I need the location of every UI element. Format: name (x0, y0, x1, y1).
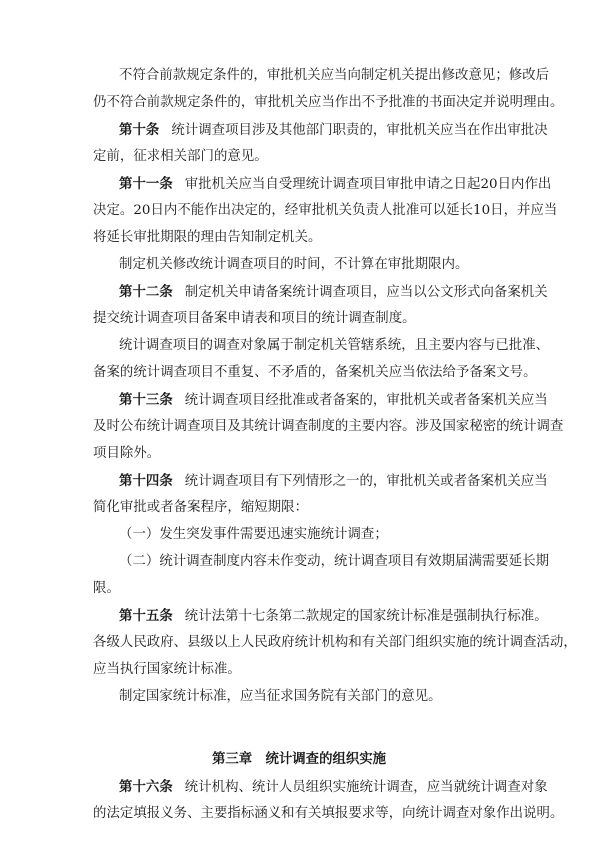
paragraph-line: 限。 (93, 579, 120, 599)
article-number: 第十二条 (119, 284, 173, 300)
paragraph-line: 统计调查项目的调查对象属于制定机关管辖系统，且主要内容与已批准、 (119, 336, 549, 356)
paragraph-line: 及时公布统计调查项目及其统计调查制度的主要内容。涉及国家秘密的统计调查 (93, 417, 563, 437)
paragraph-line: 不符合前款规定条件的，审批机关应当向制定机关提出修改意见；修改后 (119, 66, 549, 86)
article-number: 第十三条 (119, 392, 173, 408)
chapter-heading-text: 第三章 统计调查的组织实施 (93, 749, 505, 769)
article-number: 第十条 (119, 122, 159, 138)
paragraph-line: 简化审批或者备案程序，缩短期限： (93, 498, 308, 518)
paragraph-line: 决定。20日内不能作出决定的，经审批机关负责人批准可以延长10日，并应当 (93, 201, 557, 221)
paragraph-line: 制定国家统计标准，应当征求国务院有关部门的意见。 (119, 687, 442, 707)
article-number: 第十一条 (119, 176, 173, 192)
paragraph-line: 提交统计调查项目备案申请表和项目的统计调查制度。 (93, 309, 416, 329)
paragraph-line: 各级人民政府、县级以上人民政府统计机构和有关部门组织实施的统计调查活动， (93, 633, 577, 653)
article-10: 第十条统计调查项目涉及其他部门职责的，审批机关应当在作出审批决 (119, 120, 548, 140)
article-15: 第十五条统计法第十七条第二款规定的国家统计标准是强制执行标准。 (119, 606, 548, 626)
list-item: （一）发生突发事件需要迅速实施统计调查； (119, 525, 388, 545)
paragraph-line: 项目除外。 (93, 444, 160, 464)
article-11: 第十一条审批机关应当自受理统计调查项目审批申请之日起20日内作出 (119, 174, 551, 194)
paragraph-line: 的法定填报义务、主要指标涵义和有关填报要求等，向统计调查对象作出说明。 (93, 804, 563, 824)
article-12: 第十二条制定机关申请备案统计调查项目，应当以公文形式向备案机关 (119, 282, 548, 302)
paragraph-line: 制定机关修改统计调查项目的时间，不计算在审批期限内。 (119, 255, 468, 275)
article-number: 第十五条 (119, 608, 173, 624)
paragraph-line: 仍不符合前款规定条件的，审批机关应当作出不予批准的书面决定并说明理由。 (93, 93, 563, 113)
article-number: 第十四条 (119, 473, 173, 489)
paragraph-line: 将延长审批期限的理由告知制定机关。 (93, 228, 322, 248)
article-13: 第十三条统计调查项目经批准或者备案的，审批机关或者备案机关应当 (119, 390, 548, 410)
list-item: （二）统计调查制度内容未作变动，统计调查项目有效期届满需要延长期 (119, 552, 549, 572)
paragraph-line: 定前，征求相关部门的意见。 (93, 147, 268, 167)
paragraph-line: 应当执行国家统计标准。 (93, 660, 241, 680)
article-16: 第十六条统计机构、统计人员组织实施统计调查，应当就统计调查对象 (119, 777, 548, 797)
article-number: 第十六条 (119, 779, 173, 795)
article-14: 第十四条统计调查项目有下列情形之一的，审批机关或者备案机关应当 (119, 471, 548, 491)
paragraph-line: 备案的统计调查项目不重复、不矛盾的，备案机关应当依法给予备案文号。 (93, 363, 537, 383)
